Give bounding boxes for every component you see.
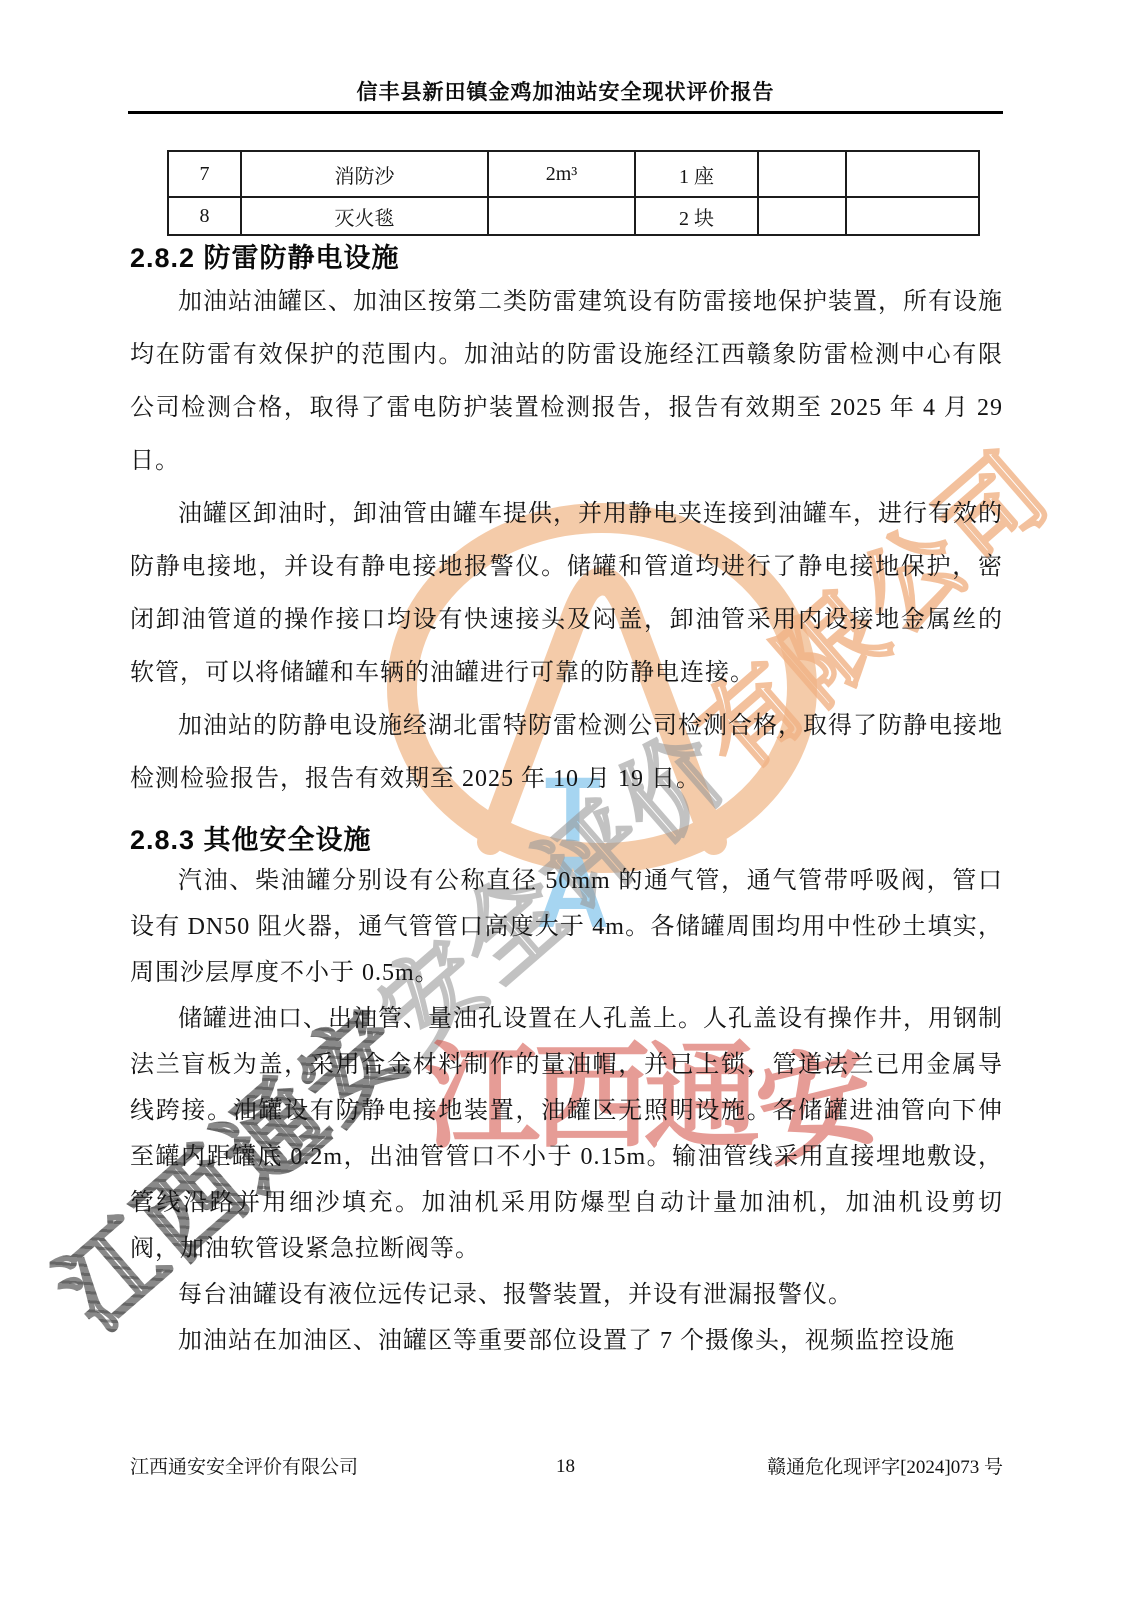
paragraph: 加油站油罐区、加油区按第二类防雷建筑设有防雷接地保护装置，所有设施均在防雷有效保… [130,276,1003,488]
page-header-title: 信丰县新田镇金鸡加油站安全现状评价报告 [0,76,1131,106]
table-cell-no: 8 [168,197,241,235]
table-cell-spec: 2m³ [488,151,635,197]
paragraph: 每台油罐设有液位远传记录、报警装置，并设有泄漏报警仪。 [130,1272,1003,1318]
fire-equipment-table: 7 消防沙 2m³ 1 座 8 灭火毯 2 块 [167,150,980,236]
header-rule [128,111,1003,114]
table-cell-empty [846,197,979,235]
section-heading-282: 2.8.2 防雷防静电设施 [130,240,1003,276]
table-cell-name: 消防沙 [241,151,488,197]
table-cell-qty: 2 块 [635,197,758,235]
table-cell-no: 7 [168,151,241,197]
footer-doc-number: 赣通危化现评字[2024]073 号 [767,1452,1003,1479]
table-cell-qty: 1 座 [635,151,758,197]
document-body: 2.8.2 防雷防静电设施 加油站油罐区、加油区按第二类防雷建筑设有防雷接地保护… [130,240,1003,1364]
table-cell-name: 灭火毯 [241,197,488,235]
document-page: T A 江西通安安全评价有限公司 江西通安 信丰县新田镇金鸡加油站安全现状评价报… [0,0,1131,1600]
paragraph: 储罐进油口、出油管、量油孔设置在人孔盖上。人孔盖设有操作井，用钢制法兰盲板为盖，… [130,996,1003,1272]
table-row: 7 消防沙 2m³ 1 座 [168,151,979,197]
table-cell-empty [846,151,979,197]
table-cell-empty [758,151,846,197]
paragraph: 油罐区卸油时，卸油管由罐车提供，并用静电夹连接到油罐车，进行有效的防静电接地，并… [130,488,1003,700]
content-layer: 信丰县新田镇金鸡加油站安全现状评价报告 7 消防沙 2m³ 1 座 8 灭火毯 [0,0,1131,1600]
section-heading-283: 2.8.3 其他安全设施 [130,822,1003,858]
table-row: 8 灭火毯 2 块 [168,197,979,235]
paragraph: 汽油、柴油罐分别设有公称直径 50mm 的通气管，通气管带呼吸阀，管口设有 DN… [130,858,1003,996]
table-cell-spec [488,197,635,235]
table-cell-empty [758,197,846,235]
paragraph: 加油站在加油区、油罐区等重要部位设置了 7 个摄像头，视频监控设施 [130,1318,1003,1364]
paragraph: 加油站的防静电设施经湖北雷特防雷检测公司检测合格，取得了防静电接地检测检验报告，… [130,700,1003,806]
